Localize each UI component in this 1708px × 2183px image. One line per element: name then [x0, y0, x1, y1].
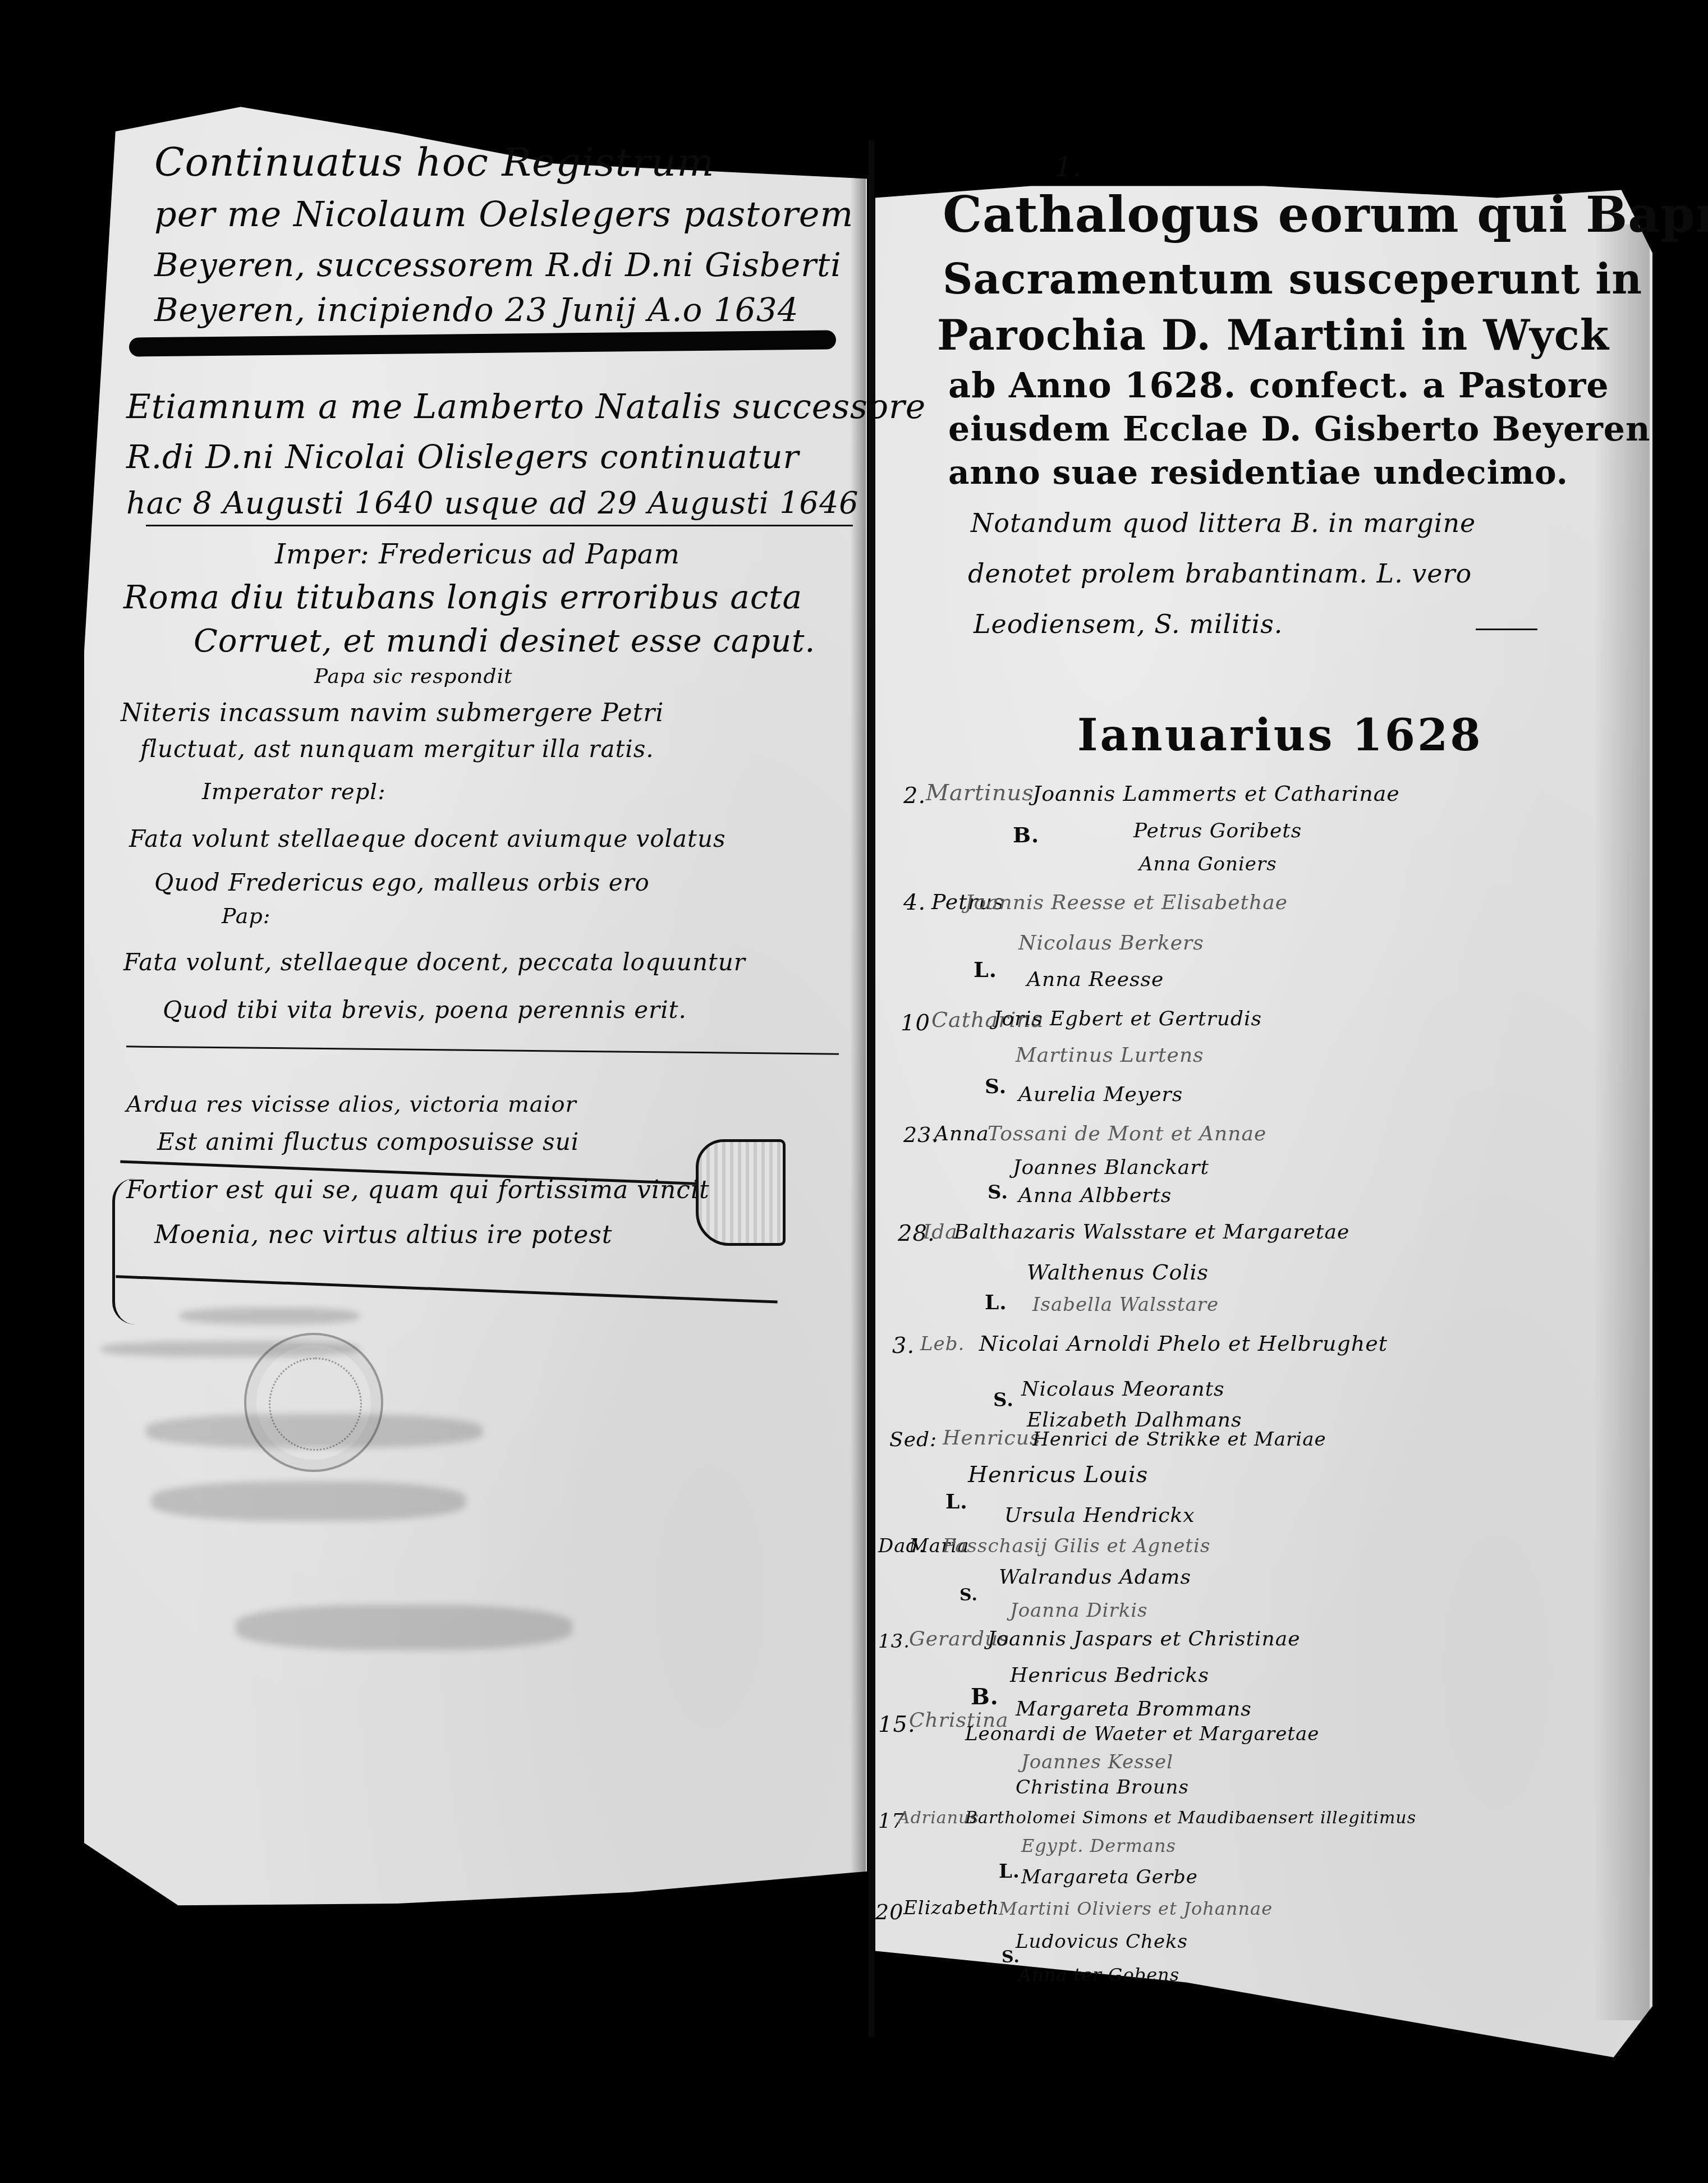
entry-sponsor: Joannes Kessel — [1021, 1751, 1173, 1773]
entry-origin-letter: L. — [985, 1291, 1007, 1314]
entry-sponsor: Egypt. Dermans — [1021, 1835, 1176, 1856]
entry-sponsor: Anna Albberts — [1018, 1184, 1172, 1207]
entry-sponsor: Nicolaus Berkers — [1018, 932, 1204, 955]
entry-sponsor: Petrus Goribets — [1133, 819, 1302, 842]
entry-sponsor: Joanna Dirkis — [1010, 1599, 1148, 1622]
entry-day: Sed: — [889, 1428, 937, 1451]
verse-speaker: Imper: Fredericus ad Papam — [275, 539, 680, 570]
header-note-line: Beyeren, successorem R.di D.ni Gisberti — [154, 246, 842, 284]
continuation-note-line: hac 8 Augusti 1640 usque ad 29 Augusti 1… — [126, 485, 859, 521]
scroll-banner-line: Moenia, nec virtus altius ire potest — [154, 1221, 612, 1249]
page-edge-shadow — [1594, 224, 1650, 2020]
motto-line: Est animi fluctus composuisse sui — [157, 1128, 579, 1155]
entry-sponsor: Christina Brouns — [1016, 1776, 1189, 1799]
header-note-line: per me Nicolaum Oelslegers pastorem — [154, 194, 853, 235]
entry-parents: Henrici de Strikke et Mariae — [1032, 1428, 1326, 1451]
entry-day: 4. — [903, 889, 926, 915]
entry-origin-letter: B. — [1013, 822, 1039, 847]
entry-origin-letter: S. — [985, 1075, 1007, 1098]
entry-sponsor: Henricus Bedricks — [1010, 1664, 1209, 1687]
entry-day: 23. — [903, 1122, 939, 1147]
entry-parents: Bartholomei Simons et Maudibaensert ille… — [965, 1808, 1416, 1828]
entry-parents: Joannis Jaspars et Christinae — [988, 1627, 1300, 1650]
entry-child: Anna — [934, 1122, 989, 1145]
continuation-note-line: Etiamnum a me Lamberto Natalis successor… — [126, 387, 926, 426]
entry-child: Henricus — [943, 1427, 1040, 1450]
entry-sponsor: Ursula Hendrickx — [1004, 1504, 1195, 1527]
entry-parents: Passchasij Gilis et Agnetis — [943, 1535, 1210, 1557]
entry-origin-letter: L. — [945, 1490, 968, 1514]
entry-sponsor: Margareta Gerbe — [1021, 1866, 1198, 1888]
entry-sponsor: Anna Reesse — [1027, 968, 1164, 991]
note-line: Notandum quod littera B. in margine — [971, 508, 1476, 538]
entry-sponsor: Isabella Walsstare — [1032, 1294, 1219, 1316]
entry-parents: Tossani de Mont et Annae — [988, 1122, 1266, 1145]
note-dash — [1476, 629, 1537, 630]
entry-parents: Joannis Lammerts et Catharinae — [1032, 781, 1400, 806]
entry-sponsor: Aurelia Meyers — [1018, 1083, 1183, 1106]
faded-writing — [101, 1341, 359, 1357]
entry-parents: Balthazaris Walsstare et Margaretae — [954, 1221, 1349, 1244]
entry-origin-letter: B. — [971, 1684, 999, 1710]
month-heading: Ianuarius 1628 — [1077, 710, 1483, 761]
verse-speaker: Papa sic respondit — [314, 665, 513, 688]
entry-parents: Joris Egbert et Gertrudis — [993, 1007, 1262, 1030]
entry-child: Martinus — [926, 780, 1034, 806]
note-line: Leodiensem, S. militis. — [974, 609, 1283, 639]
verse-line: Roma diu titubans longis erroribus acta — [123, 578, 802, 616]
entry-sponsor: Walrandus Adams — [999, 1566, 1191, 1589]
entry-origin-letter: S. — [988, 1181, 1008, 1204]
title-line: Sacramentum susceperunt in — [943, 255, 1642, 304]
entry-origin-letter: S. — [993, 1389, 1014, 1411]
verse-line: Quod Fredericus ego, malleus orbis ero — [154, 869, 650, 896]
verse-line: Corruet, et mundi desinet esse caput. — [194, 623, 815, 659]
entry-sponsor: Walthenus Colis — [1027, 1260, 1209, 1285]
scroll-banner-line: Fortior est qui se, quam qui fortissima … — [126, 1176, 710, 1204]
divider — [146, 525, 853, 526]
faded-signature — [146, 1414, 483, 1448]
entry-child: Elizabeth — [903, 1897, 999, 1919]
verse-line: Niteris incassum navim submergere Petri — [121, 699, 664, 727]
entry-sponsor: Henricus Louis — [968, 1462, 1148, 1488]
entry-parents: Nicolai Arnoldi Phelo et Helbrughet — [979, 1331, 1388, 1356]
entry-sponsor: Ludovicus Cheks — [1016, 1930, 1188, 1953]
verse-line: Fata volunt stellaeque docent aviumque v… — [129, 825, 726, 852]
verse-line: fluctuat, ast nunquam mergitur illa rati… — [140, 735, 654, 763]
entry-sponsor: Joannes Blanckart — [1013, 1156, 1209, 1179]
entry-sponsor: Anna ter Gobens — [1018, 1964, 1179, 1985]
header-note-line: Beyeren, incipiendo 23 Junij A.o 1634 — [154, 291, 799, 329]
entry-day: 20 — [875, 1900, 903, 1924]
entry-origin-letter: L. — [974, 957, 997, 982]
entry-parents: Joannis Reesse et Elisabethae — [965, 891, 1288, 914]
entry-sponsor: Anna Goniers — [1139, 853, 1277, 875]
entry-sponsor: Nicolaus Meorants — [1021, 1378, 1225, 1401]
entry-day: 2. — [903, 783, 926, 809]
entry-child: Leb. — [920, 1333, 965, 1355]
entry-sponsor: Martinus Lurtens — [1016, 1044, 1204, 1067]
entry-sponsor: Margareta Brommans — [1016, 1698, 1252, 1721]
left-page — [84, 84, 867, 1975]
entry-day: 3. — [892, 1333, 915, 1359]
title-line: ab Anno 1628. confect. a Pastore — [948, 365, 1609, 406]
faded-writing — [180, 1308, 359, 1324]
verse-line: Quod tibi vita brevis, poena perennis er… — [163, 996, 687, 1024]
folio-number: 1. — [1055, 152, 1082, 183]
verse-line: Fata volunt, stellaeque docent, peccata … — [123, 948, 746, 976]
entry-child: Ida — [923, 1221, 958, 1244]
title-line: anno suae residentiae undecimo. — [948, 453, 1568, 492]
verse-speaker: Imperator repl: — [202, 779, 386, 805]
entry-origin-letter: L. — [999, 1860, 1020, 1883]
title-line: Parochia D. Martini in Wyck — [937, 311, 1609, 360]
entry-day: 10 — [901, 1010, 930, 1036]
header-note-line: Continuatus hoc Registrum — [154, 139, 715, 185]
faded-signature — [151, 1482, 466, 1521]
note-line: denotet prolem brabantinam. L. vero — [968, 558, 1472, 589]
entry-origin-letter: S. — [959, 1585, 978, 1605]
verse-speaker: Pap: — [222, 904, 271, 928]
faded-flourish — [236, 1605, 572, 1650]
title-line: Cathalogus eorum qui Bapmi — [943, 185, 1708, 244]
entry-parents: Martini Oliviers et Johannae — [999, 1898, 1273, 1919]
motto-line: Ardua res vicisse alios, victoria maior — [126, 1091, 577, 1117]
entry-day: 13. — [878, 1630, 910, 1653]
entry-parents: Leonardi de Waeter et Margaretae — [965, 1723, 1319, 1745]
continuation-note-line: R.di D.ni Nicolai Olislegers continuatur — [126, 438, 799, 476]
title-line: eiusdem Ecclae D. Gisberto Beyeren — [948, 410, 1651, 449]
